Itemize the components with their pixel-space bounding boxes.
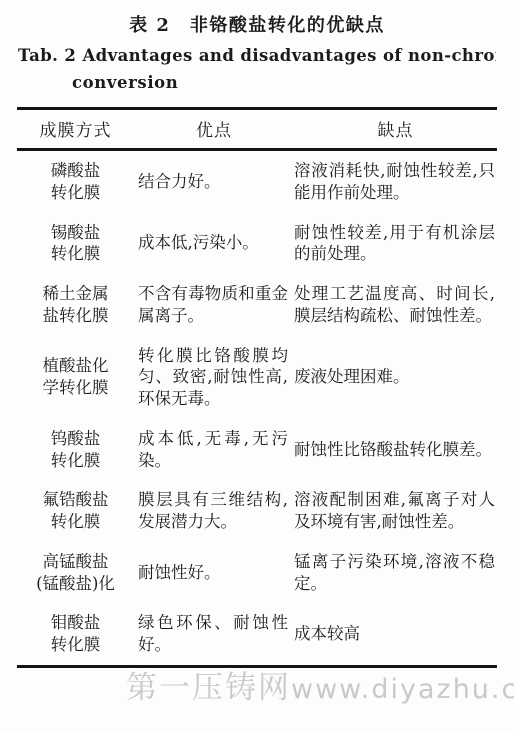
disadvantages-cell: 溶液配制困难,氟离子对人及环境有害,耐蚀性差。 [294, 489, 497, 533]
advantages-cell: 绿色环保、耐蚀性好。 [134, 612, 294, 656]
method-cell: 植酸盐化 学转化膜 [17, 355, 134, 399]
disadvantages-cell: 耐蚀性比铬酸盐转化膜差。 [294, 439, 497, 461]
table-row: 稀土金属 盐转化膜 不含有毒物质和重金属离子。 处理工艺温度高、时间长,膜层结构… [17, 274, 497, 336]
method-cell: 氟锆酸盐 转化膜 [17, 489, 134, 533]
advantages-cell: 膜层具有三维结构,发展潜力大。 [134, 489, 294, 533]
table-caption-english-line1: Tab. 2 Advantages and disadvantages of n… [18, 46, 496, 65]
site-watermark: 第一压铸网www.diyazhu.com [126, 662, 514, 707]
table-row: 钨酸盐 转化膜 成本低,无毒,无污染。 耐蚀性比铬酸盐转化膜差。 [17, 419, 497, 481]
table-row: 氟锆酸盐 转化膜 膜层具有三维结构,发展潜力大。 溶液配制困难,氟离子对人及环境… [17, 480, 497, 542]
method-cell: 锡酸盐 转化膜 [17, 222, 134, 266]
method-cell: 稀土金属 盐转化膜 [17, 283, 134, 327]
table-caption-english-line2: conversion [72, 73, 514, 92]
method-cell: 钨酸盐 转化膜 [17, 428, 134, 472]
page-content: 表 2 非铬酸盐转化的优缺点 Tab. 2 Advantages and dis… [0, 0, 514, 668]
method-cell: 高锰酸盐 (锰酸盐)化 [17, 551, 134, 595]
advantages-cell: 不含有毒物质和重金属离子。 [134, 283, 294, 327]
column-header-disadvantages: 缺点 [294, 116, 497, 141]
disadvantages-cell: 溶液消耗快,耐蚀性较差,只能用作前处理。 [294, 160, 497, 204]
table-row: 磷酸盐 转化膜 结合力好。 溶液消耗快,耐蚀性较差,只能用作前处理。 [17, 151, 497, 213]
advantages-cell: 成本低,污染小。 [134, 232, 294, 254]
disadvantages-cell: 成本较高 [294, 623, 497, 645]
table-row: 钼酸盐 转化膜 绿色环保、耐蚀性好。 成本较高 [17, 603, 497, 665]
advantages-cell: 转化膜比铬酸膜均匀、致密,耐蚀性高,环保无毒。 [134, 345, 294, 410]
disadvantages-cell: 处理工艺温度高、时间长,膜层结构疏松、耐蚀性差。 [294, 283, 497, 327]
watermark-site-url: www.diyazhu.com [291, 674, 514, 705]
conversion-comparison-table: 成膜方式 优点 缺点 磷酸盐 转化膜 结合力好。 溶液消耗快,耐蚀性较差,只能用… [17, 107, 497, 668]
table-caption-chinese: 表 2 非铬酸盐转化的优缺点 [0, 0, 514, 37]
table-header-row: 成膜方式 优点 缺点 [17, 110, 497, 151]
disadvantages-cell: 锰离子污染环境,溶液不稳定。 [294, 551, 497, 595]
disadvantages-cell: 废液处理困难。 [294, 366, 497, 388]
table-row: 高锰酸盐 (锰酸盐)化 耐蚀性好。 锰离子污染环境,溶液不稳定。 [17, 542, 497, 604]
table-row: 植酸盐化 学转化膜 转化膜比铬酸膜均匀、致密,耐蚀性高,环保无毒。 废液处理困难… [17, 336, 497, 419]
watermark-site-name: 第一压铸网 [126, 670, 291, 706]
scanned-paper-page: 第一压铸网www.diyazhu.com 表 2 非铬酸盐转化的优缺点 Tab.… [0, 0, 514, 731]
advantages-cell: 结合力好。 [134, 171, 294, 193]
disadvantages-cell: 耐蚀性较差,用于有机涂层的前处理。 [294, 222, 497, 266]
column-header-method: 成膜方式 [17, 116, 134, 141]
advantages-cell: 成本低,无毒,无污染。 [134, 428, 294, 472]
advantages-cell: 耐蚀性好。 [134, 562, 294, 584]
column-header-advantages: 优点 [134, 116, 294, 141]
method-cell: 磷酸盐 转化膜 [17, 160, 134, 204]
table-row: 锡酸盐 转化膜 成本低,污染小。 耐蚀性较差,用于有机涂层的前处理。 [17, 213, 497, 275]
method-cell: 钼酸盐 转化膜 [17, 612, 134, 656]
